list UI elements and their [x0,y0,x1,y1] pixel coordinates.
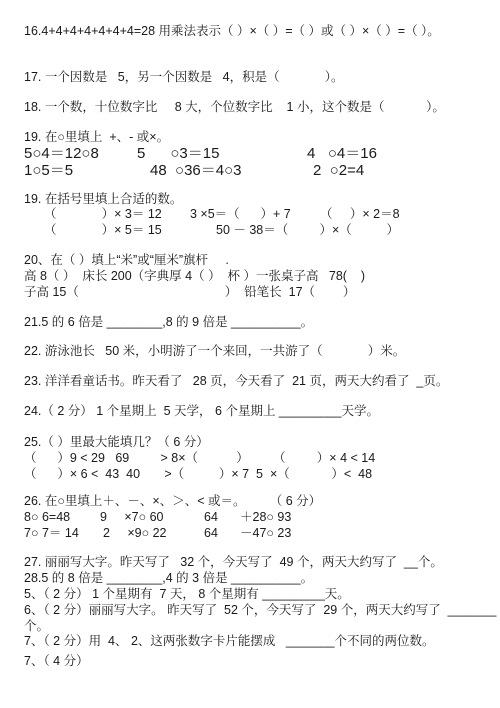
question-17: 17. 一个因数是 5，另一个因数是 4，积是（ ）。 [24,70,344,85]
q26-r1-c4: ＋28○ 93 [240,510,291,525]
question-25-row2: （ ）× 6 < 43 40 >（ ）× 7 5 ×（ ）< 48 [24,467,372,482]
question-25-row1: （ ）9 < 29 69 > 8×（ ） （ ）× 4 < 14 [24,451,375,466]
question-20-title: 20、在（ ）填上“米”或“厘米”旗杆 . [24,253,229,268]
question-27: 27. 丽丽写大字。昨天写了 32 个，今天写了 49 个，两天大约写了 __个… [24,555,443,570]
q19b-r1-c1: （ ）× 3＝ 12 [44,207,162,222]
q19b-r1-c2: 3 ×5＝（ ）+ 7 [190,207,291,222]
q26-r2-c1: 7○ 7＝ 14 [24,526,79,541]
question-5: 5、（ 2 分） 1 个星期有 7 天， 8 个星期有 _________天。 [24,587,350,602]
question-16: 16.4+4+4+4+4+4+4=28 用乘法表示（ ）×（ ）=（ ）或（ ）… [24,24,440,39]
question-26-title: 26. 在○里填上＋、－、×、＞、< 或＝。 （ 6 分） [24,494,321,509]
q26-r2-c2: 2 ×9○ 22 [103,526,167,541]
q26-r2-c3: 64 [204,526,218,541]
question-25-title: 25.（ ）里最大能填几？（ 6 分） [24,435,209,450]
question-20-row2: 子高 15（ ） 铅笔长 17（ ） [24,285,355,300]
q19b-r2-c1: （ ）× 5＝ 15 [44,223,162,238]
question-24: 24.（ 2 分） 1 个星期上 5 天学， 6 个星期上 _________天… [24,404,379,419]
q19a-r2-c3: 2 ○2=4 [313,162,364,179]
question-20-row1: 高 8（ ） 床长 200（字典厚 4（ ） 杯 ）一张桌子高 78( ) [24,269,365,284]
question-21: 21.5 的 6 倍是 ________,8 的 9 倍是 __________… [24,315,313,330]
question-18: 18. 一个数，十位数字比 8 大，个位数字比 1 小，这个数是（ ）。 [24,100,445,115]
q19a-r1-c3: 4 ○4＝16 [307,145,377,162]
question-7b: 7、（ 4 分） [24,654,89,669]
q19a-r1-c1: 5○4＝12○8 [24,145,99,162]
question-23: 23. 洋洋看童话书。昨天看了 28 页，今天看了 21 页，两天大约看了 _页… [24,374,448,389]
q26-r1-c3: 64 [204,510,218,525]
question-19b-title: 19. 在括号里填上合适的数。 [24,192,182,207]
q19b-r2-c2: 50 － 38＝（ ）×（ ） [216,223,399,238]
question-22: 22. 游泳池长 50 米，小明游了一个来回，一共游了（ ）米。 [24,344,405,359]
q19a-r2-c2: 48 ○36＝4○3 [150,162,242,179]
q26-r1-c2: 9 ×7○ 60 [100,510,164,525]
q26-r2-c4: －47○ 23 [240,526,291,541]
q19a-r1-c2: 5 ○3＝15 [137,145,219,162]
q19b-r1-c3: （ ）× 2＝8 [320,207,400,222]
question-28: 28.5 的 8 倍是 ________,4 的 3 倍是 __________… [24,571,313,586]
q19a-r2-c1: 1○5＝5 [24,162,73,179]
q26-r1-c1: 8○ 6=48 [24,510,70,525]
question-6: 6、（ 2 分）丽丽写大字。 昨天写了 52 个，今天写了 29 个，两天大约写… [24,603,496,618]
question-19a-title: 19. 在○里填上 +、- 或×。 [24,130,169,145]
question-7a: 7、（ 2 分）用 4、 2、这两张数字卡片能摆成 _______个不同的两位数… [24,634,435,649]
question-6-cont: 个。 [24,619,49,634]
